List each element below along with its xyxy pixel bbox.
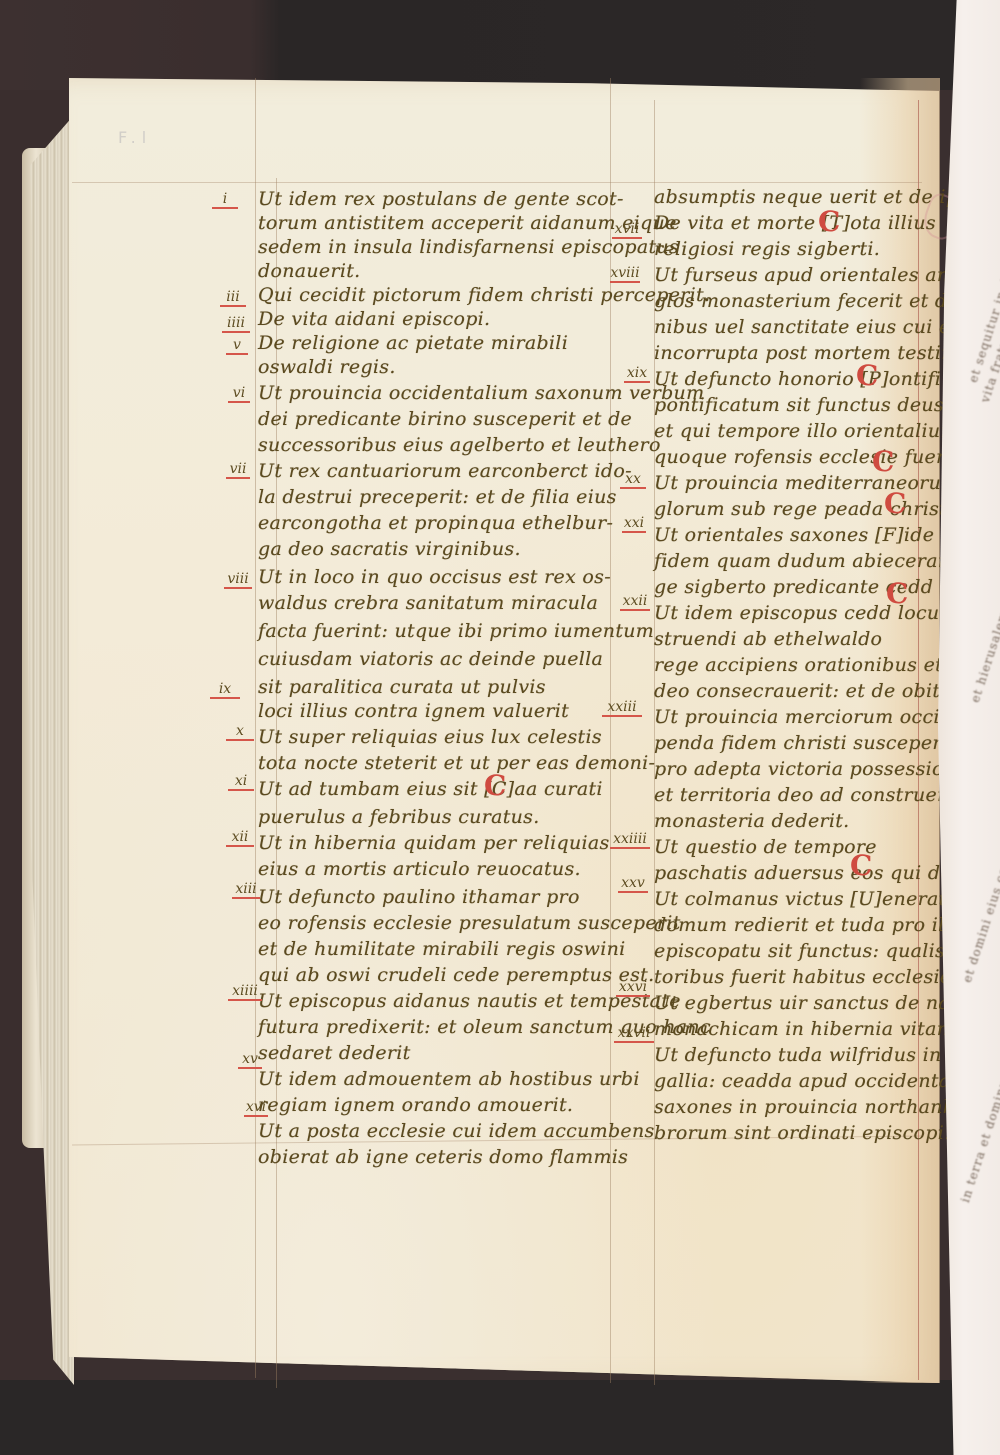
text-line: facta fuerint: utque ibi primo iumentum — [258, 620, 654, 642]
text-line: Ut defuncto tuda wilfridus in — [654, 1044, 942, 1066]
text-line: pro adepta victoria possessiones — [654, 758, 978, 780]
text-line: domum redierit et tuda pro illo — [654, 914, 963, 936]
chapter-numeral: xx — [620, 472, 646, 489]
text-line: sedem in insula lindisfarnensi episcopat… — [258, 236, 679, 258]
text-line: Ut colmanus victus [U]enerat — [654, 888, 947, 910]
chapter-numeral: ix — [210, 682, 240, 699]
text-line: Ut ad tumbam eius sit [C]aa curati — [258, 778, 603, 800]
text-line: oswaldi regis. — [258, 356, 396, 378]
ghost-text-line: et hierusalem aedificata — [968, 537, 1000, 704]
text-line: Ut super reliquias eius lux celestis — [258, 726, 602, 748]
text-line: saxones in prouincia northanhum- — [654, 1096, 993, 1118]
chapter-numeral: xviii — [610, 266, 640, 283]
text-line: monasteria dederit. — [654, 810, 850, 832]
text-line: Ut prouincia occidentalium saxonum verbu… — [258, 382, 704, 404]
text-line: Ut defuncto honorio [P]ontifi — [654, 368, 941, 390]
text-line: sit paralitica curata ut pulvis — [258, 676, 546, 698]
text-line: gallia: ceadda apud occidentales — [654, 1070, 978, 1092]
text-line: eo rofensis ecclesie presulatum susceper… — [258, 912, 681, 934]
chapter-numeral: xiiii — [228, 984, 262, 1001]
text-line: cuiusdam viatoris ac deinde puella — [258, 648, 603, 670]
text-line: sedaret dederit — [258, 1042, 411, 1064]
red-initial: C — [850, 852, 872, 880]
text-line: et qui tempore illo orientalium — [654, 420, 959, 442]
text-line: loci illius contra ignem valuerit — [258, 700, 569, 722]
text-line: qui ab oswi crudeli cede peremptus est. — [258, 964, 654, 986]
text-line: ga deo sacratis virginibus. — [258, 538, 521, 560]
red-initial: C — [884, 490, 906, 518]
chapter-numeral: xvi — [244, 1100, 268, 1117]
background-top — [0, 0, 1000, 90]
chapter-numeral: i — [212, 192, 238, 209]
text-line: De vita aidani episcopi. — [258, 308, 490, 330]
text-line: eius a mortis articulo reuocatus. — [258, 858, 581, 880]
text-line: Ut furseus apud orientales an- — [654, 264, 956, 286]
text-line: successoribus eius agelberto et leuthero — [258, 434, 661, 456]
text-line: Ut rex cantuariorum earconberct ido- — [258, 460, 632, 482]
red-initial: C — [818, 208, 840, 236]
text-line: regiam ignem orando amouerit. — [258, 1094, 573, 1116]
text-line: puerulus a febribus curatus. — [258, 806, 540, 828]
text-line: brorum sint ordinati episcopi. — [654, 1122, 950, 1144]
chapter-numeral: xix — [624, 366, 650, 383]
chapter-numeral: vi — [228, 386, 250, 403]
chapter-numeral: xxiii — [602, 700, 642, 717]
text-line: struendi ab ethelwaldo — [654, 628, 882, 650]
text-line: tota nocte steterit et ut per eas demoni… — [258, 752, 655, 774]
chapter-numeral: vii — [226, 462, 250, 479]
faint-folio-mark: F.l — [118, 128, 152, 147]
chapter-numeral: xvii — [612, 222, 642, 239]
chapter-numeral: xxi — [622, 516, 646, 533]
ruling-top — [72, 182, 922, 183]
chapter-numeral: xii — [226, 830, 254, 847]
red-initial: C — [872, 448, 894, 476]
ghost-text-line: in terra et dominus — [958, 1070, 1000, 1204]
text-line: Ut idem rex postulans de gente scot- — [258, 188, 624, 210]
chapter-numeral: xxv — [618, 876, 648, 893]
text-line: earcongotha et propinqua ethelbur- — [258, 512, 613, 534]
chapter-numeral: xxii — [620, 594, 650, 611]
text-line: et de humilitate mirabili regis oswini — [258, 938, 626, 960]
text-line: Ut a posta ecclesie cui idem accumbens — [258, 1120, 655, 1142]
text-line: De religione ac pietate mirabili — [258, 332, 568, 354]
ruling-left-outer — [255, 78, 256, 1378]
text-line: waldus crebra sanitatum miracula — [258, 592, 598, 614]
ghost-text-line: et domini eius communis — [960, 814, 1000, 985]
text-line: Ut defuncto paulino ithamar pro — [258, 886, 580, 908]
text-line: obierat ab igne ceteris domo flammis — [258, 1146, 628, 1168]
text-line: la destrui preceperit: et de filia eius — [258, 486, 617, 508]
text-line: Qui cecidit pictorum fidem christi perce… — [258, 284, 710, 306]
text-line: Ut idem admouentem ab hostibus urbi — [258, 1068, 640, 1090]
chapter-numeral: xxvi — [616, 980, 650, 997]
background-bottom — [0, 1380, 1000, 1455]
chapter-numeral: iii — [220, 290, 246, 307]
red-initial: C — [484, 772, 506, 800]
text-line: Ut orientales saxones [F]ide — [654, 524, 934, 546]
chapter-numeral: xv — [238, 1052, 262, 1069]
text-line: De vita et morte [T]ota illius — [654, 212, 936, 234]
chapter-numeral: viii — [224, 572, 252, 589]
text-line: Ut in loco in quo occisus est rex os- — [258, 566, 611, 588]
text-line: et territoria deo ad construenda — [654, 784, 974, 806]
chapter-numeral: x — [226, 724, 254, 741]
chapter-numeral: xiii — [232, 882, 260, 899]
red-initial: C — [886, 580, 908, 608]
text-line: Ut in hibernia quidam per reliquias — [258, 832, 610, 854]
text-line: toribus fuerit habitus ecclesie. — [654, 966, 958, 988]
text-line: Ut questio de tempore — [654, 836, 877, 858]
red-initial: C — [856, 362, 878, 390]
chapter-numeral: iiii — [222, 316, 250, 333]
chapter-numeral: xi — [228, 774, 254, 791]
chapter-numeral: v — [226, 338, 248, 355]
text-line: dei predicante birino susceperit et de — [258, 408, 632, 430]
chapter-numeral: xxiiii — [610, 832, 650, 849]
chapter-numeral: xxvii — [614, 1026, 654, 1043]
text-line: religiosi regis sigberti. — [654, 238, 880, 260]
text-line: donauerit. — [258, 260, 360, 282]
